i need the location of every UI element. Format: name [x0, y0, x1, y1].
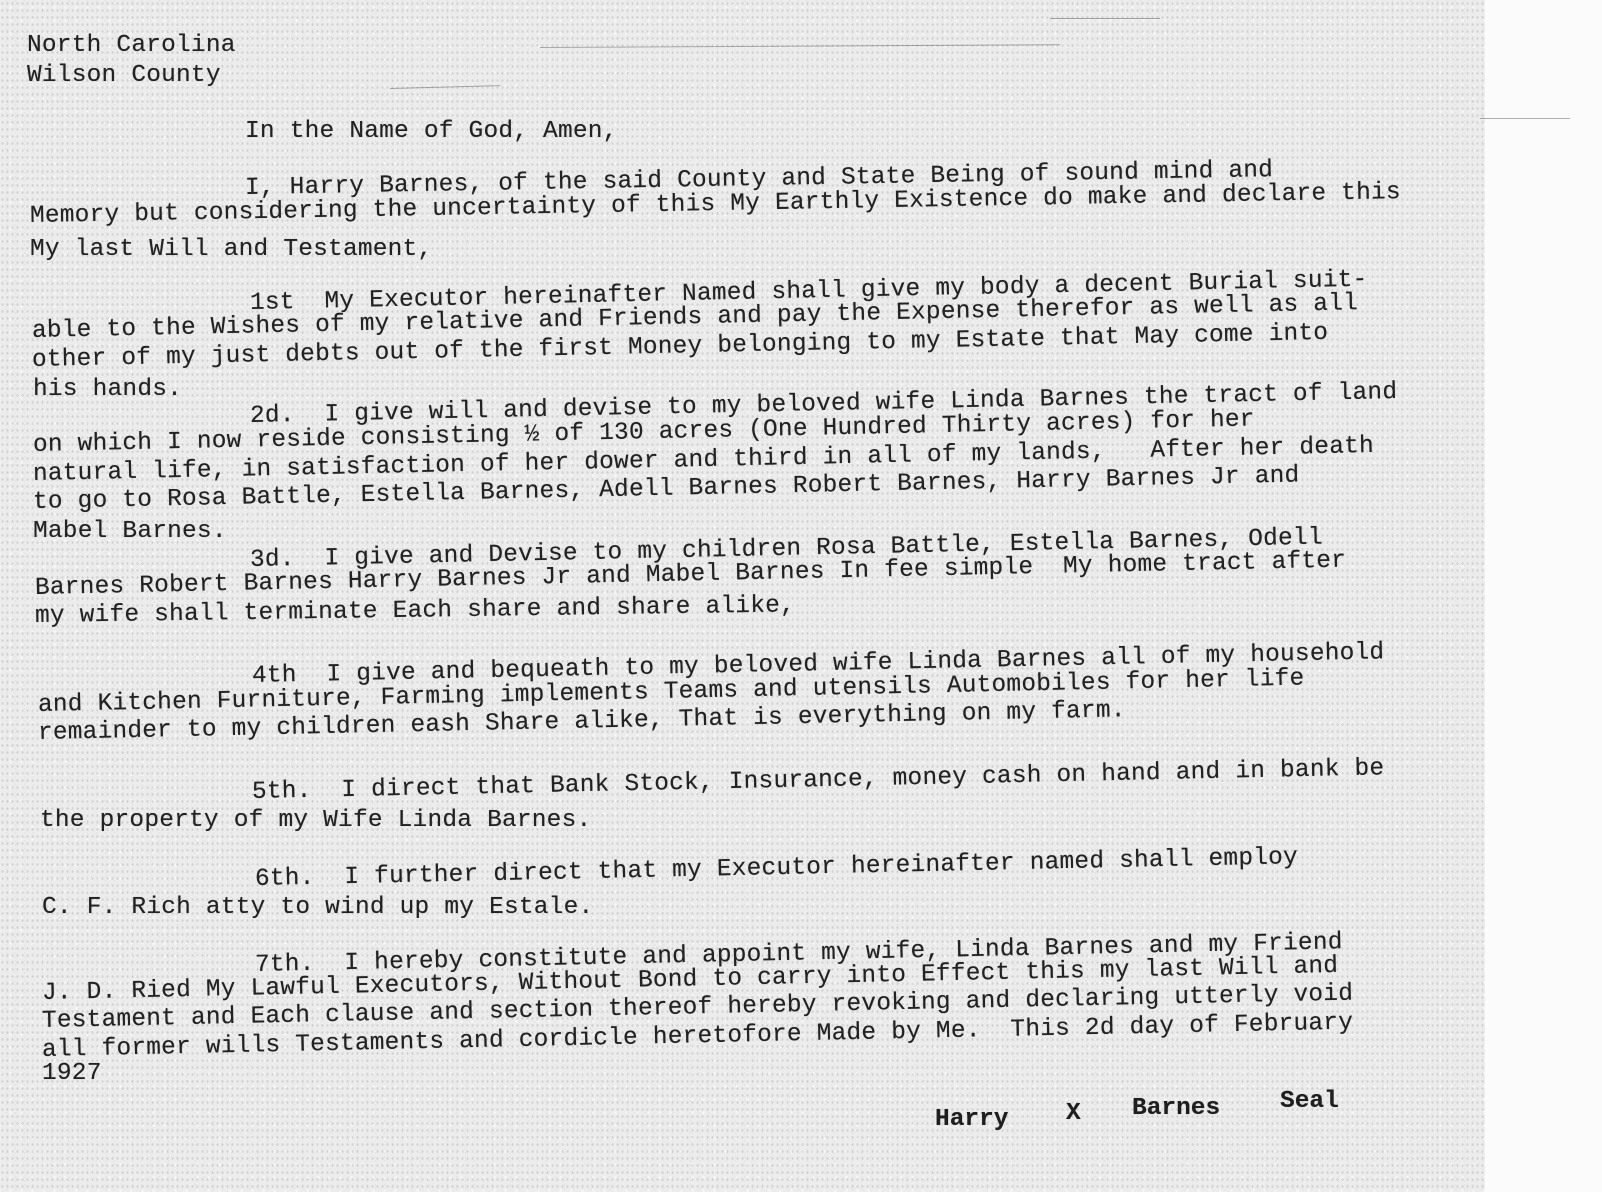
- scan-artifact: [1050, 18, 1160, 19]
- page-margin: [1485, 0, 1602, 1192]
- signature-first-name: Harry: [935, 1106, 1009, 1133]
- article-6-line: C. F. Rich atty to wind up my Estale.: [42, 894, 593, 922]
- signature-seal: Seal: [1280, 1088, 1339, 1115]
- article-1-line: his hands.: [33, 376, 182, 404]
- article-5-line: the property of my Wife Linda Barnes.: [40, 807, 591, 835]
- article-2-line: Mabel Barnes.: [33, 518, 227, 546]
- scan-artifact: [1480, 118, 1570, 119]
- invocation: In the Name of God, Amen,: [245, 118, 618, 146]
- signature-mark: X: [1066, 1100, 1081, 1127]
- header-county: Wilson County: [27, 62, 221, 90]
- preamble-line: My last Will and Testament,: [30, 236, 432, 264]
- article-7-line: 1927: [42, 1060, 102, 1088]
- header-state: North Carolina: [27, 32, 236, 60]
- signature-last-name: Barnes: [1132, 1095, 1220, 1122]
